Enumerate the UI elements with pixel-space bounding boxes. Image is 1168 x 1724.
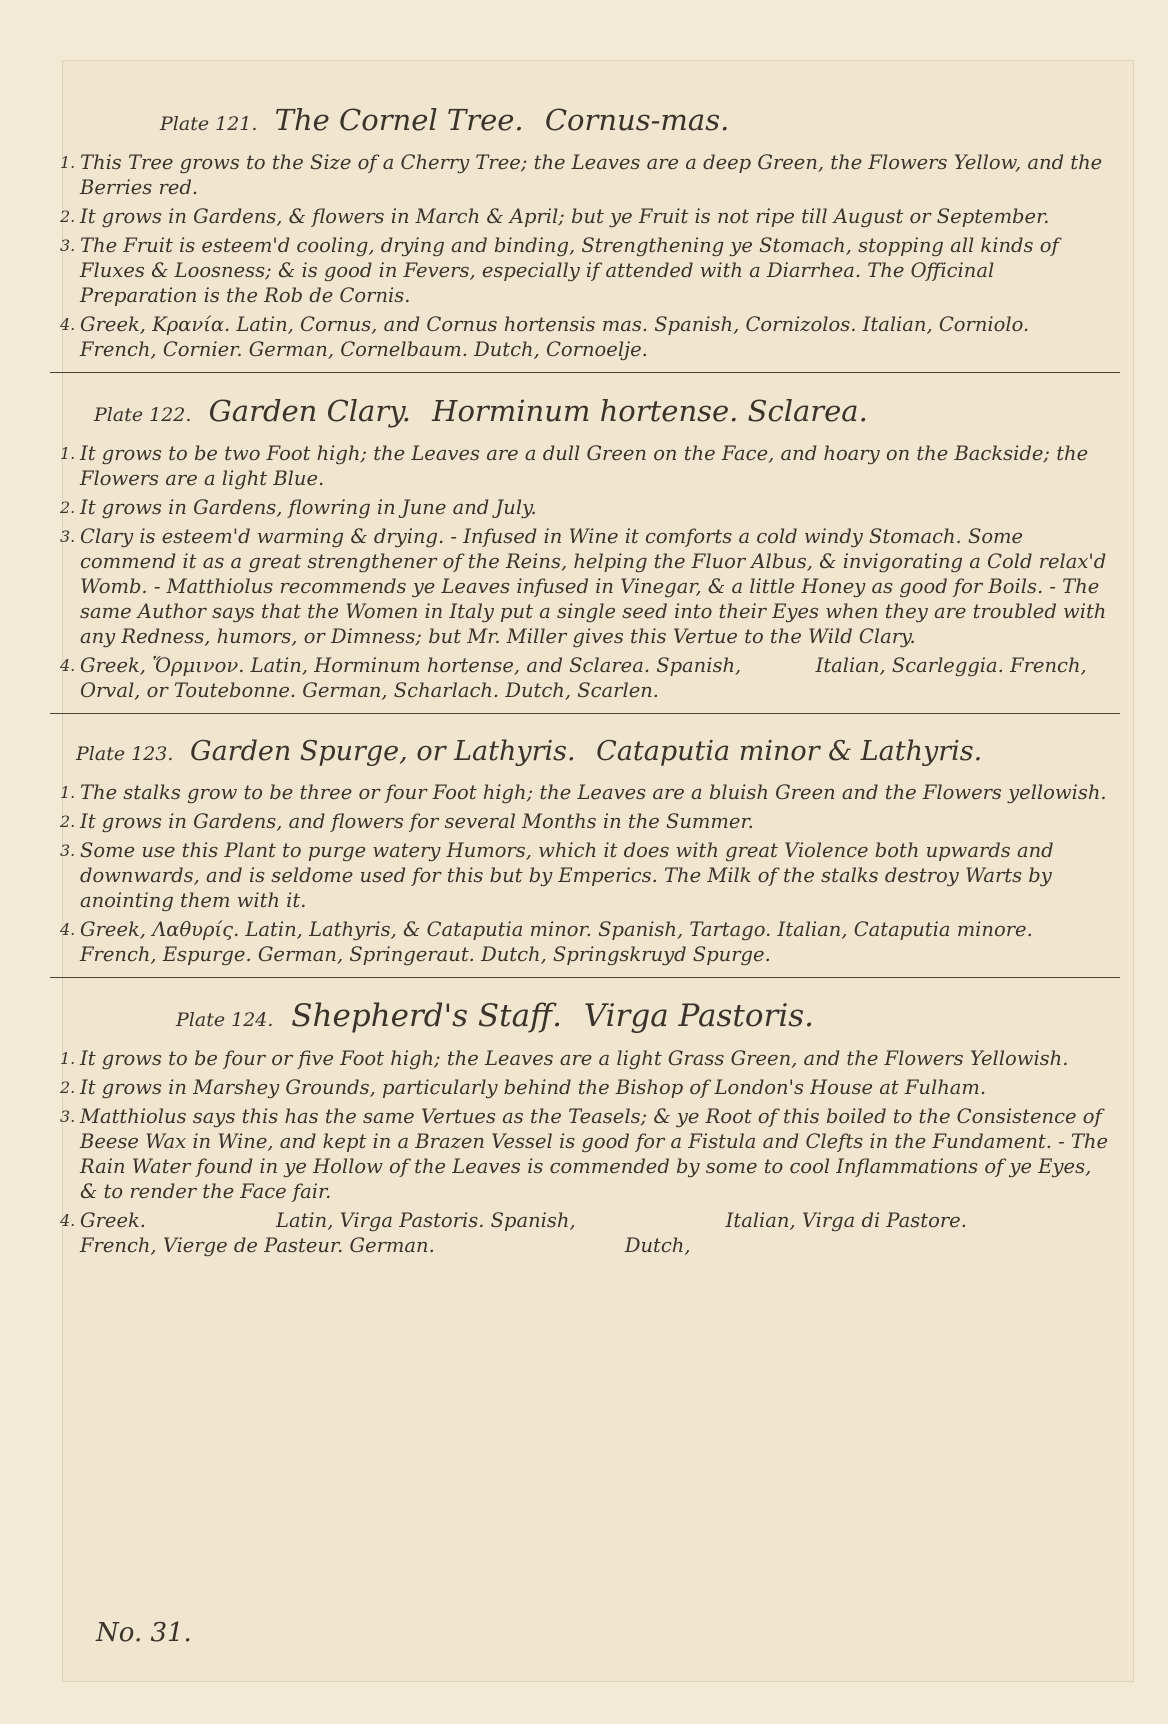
entry-item: 2.It grows in Gardens, flowring in June … [60,495,1110,520]
plate-122-section: Plate 122. Garden Clary. Horminum horten… [60,391,1110,714]
item-number: 1. [60,150,80,200]
latin-name: Horminum hortense. Sclarea. [432,394,868,428]
item-number: 3. [60,838,80,913]
dutch-name-label: Dutch, [625,1234,691,1257]
plate-title: Plate 121. The Cornel Tree. Cornus-mas. [60,100,1110,144]
item-text: It grows in Gardens, flowring in June an… [80,495,1110,520]
page-number: No. 31. [96,1618,192,1648]
item-number: 4. [60,1208,80,1258]
latin-name: Cataputia minor & Lathyris. [596,736,982,767]
item-number: 3. [60,1104,80,1204]
common-name: The Cornel Tree. [275,103,524,137]
entry-item: 3.Matthiolus says this has the same Vert… [60,1104,1110,1204]
plate-title: Plate 124. Shepherd's Staff. Virga Pasto… [60,996,1110,1040]
plate-121-section: Plate 121. The Cornel Tree. Cornus-mas. … [60,100,1110,373]
item-number: 3. [60,233,80,308]
latin-name: Cornus-mas. [545,103,729,137]
french-german-names: French, Vierge de Pasteur. German. [80,1234,435,1257]
plate-title: Plate 122. Garden Clary. Horminum horten… [60,391,1110,435]
item-text: Greek, Λαθυρίς. Latin, Lathyris, & Catap… [80,917,1110,967]
item-text: It grows in Gardens, & flowers in March … [80,204,1110,229]
item-text: It grows to be four or five Foot high; t… [80,1046,1110,1071]
entry-item: 4.Greek, Ὅρμινον. Latin, Horminum horten… [60,653,1110,703]
item-text: This Tree grows to the Size of a Cherry … [80,150,1110,200]
item-number: 1. [60,441,80,491]
item-text: The stalks grow to be three or four Foot… [80,780,1110,805]
item-text: The Fruit is esteem'd cooling, drying an… [80,233,1110,308]
item-number: 4. [60,917,80,967]
item-number: 4. [60,653,80,703]
entry-item: 3.Clary is esteem'd warming & drying. - … [60,524,1110,649]
entry-item: 1.This Tree grows to the Size of a Cherr… [60,150,1110,200]
section-divider [50,372,1120,373]
item-text: Clary is esteem'd warming & drying. - In… [80,524,1110,649]
entry-item: 3.Some use this Plant to purge watery Hu… [60,838,1110,913]
italian-name: Italian, Virga di Pastore. [726,1209,967,1232]
entry-item: 2.It grows in Marshey Grounds, particula… [60,1075,1110,1100]
section-divider [50,977,1120,978]
entry-item: 4.Greek, Λαθυρίς. Latin, Lathyris, & Cat… [60,917,1110,967]
item-text: It grows in Marshey Grounds, particularl… [80,1075,1110,1100]
item-number: 1. [60,1046,80,1071]
item-number: 4. [60,312,80,362]
plate-123-section: Plate 123. Garden Spurge, or Lathyris. C… [60,732,1110,978]
entry-item: 1.It grows to be four or five Foot high;… [60,1046,1110,1071]
plate-number: Plate 121. [160,113,257,135]
common-name: Shepherd's Staff. [291,998,562,1034]
section-divider [50,713,1120,714]
latin-spanish-names: Latin, Virga Pastoris. Spanish, [276,1209,576,1232]
document-page: Plate 121. The Cornel Tree. Cornus-mas. … [60,100,1110,1262]
entry-item: 1.It grows to be two Foot high; the Leav… [60,441,1110,491]
item-number: 2. [60,809,80,834]
item-text: Some use this Plant to purge watery Humo… [80,838,1110,913]
plate-number: Plate 124. [176,1009,273,1031]
item-number: 2. [60,495,80,520]
plate-number: Plate 123. [76,743,173,765]
plate-title: Plate 123. Garden Spurge, or Lathyris. C… [60,732,1110,774]
item-text: It grows to be two Foot high; the Leaves… [80,441,1110,491]
entry-item: 2.It grows in Gardens, & flowers in Marc… [60,204,1110,229]
item-number: 1. [60,780,80,805]
entry-item: 1.The stalks grow to be three or four Fo… [60,780,1110,805]
plate-124-section: Plate 124. Shepherd's Staff. Virga Pasto… [60,996,1110,1258]
plate-number: Plate 122. [94,404,191,426]
entry-item: 4.Greek, Κρανία. Latin, Cornus, and Corn… [60,312,1110,362]
common-name: Garden Spurge, or Lathyris. [190,736,576,767]
item-number: 2. [60,1075,80,1100]
entry-item: 4. Greek.Latin, Virga Pastoris. Spanish,… [60,1208,1110,1258]
greek-name-label: Greek. [80,1209,146,1232]
item-text: Greek.Latin, Virga Pastoris. Spanish,Ita… [80,1208,1110,1258]
item-text: Greek, Ὅρμινον. Latin, Horminum hortense… [80,653,1110,703]
item-number: 2. [60,204,80,229]
item-text: Matthiolus says this has the same Vertue… [80,1104,1110,1204]
item-text: It grows in Gardens, and flowers for sev… [80,809,1110,834]
entry-item: 3.The Fruit is esteem'd cooling, drying … [60,233,1110,308]
entry-item: 2.It grows in Gardens, and flowers for s… [60,809,1110,834]
item-number: 3. [60,524,80,649]
common-name: Garden Clary. [209,394,411,428]
item-text: Greek, Κρανία. Latin, Cornus, and Cornus… [80,312,1110,362]
latin-name: Virga Pastoris. [584,998,814,1034]
